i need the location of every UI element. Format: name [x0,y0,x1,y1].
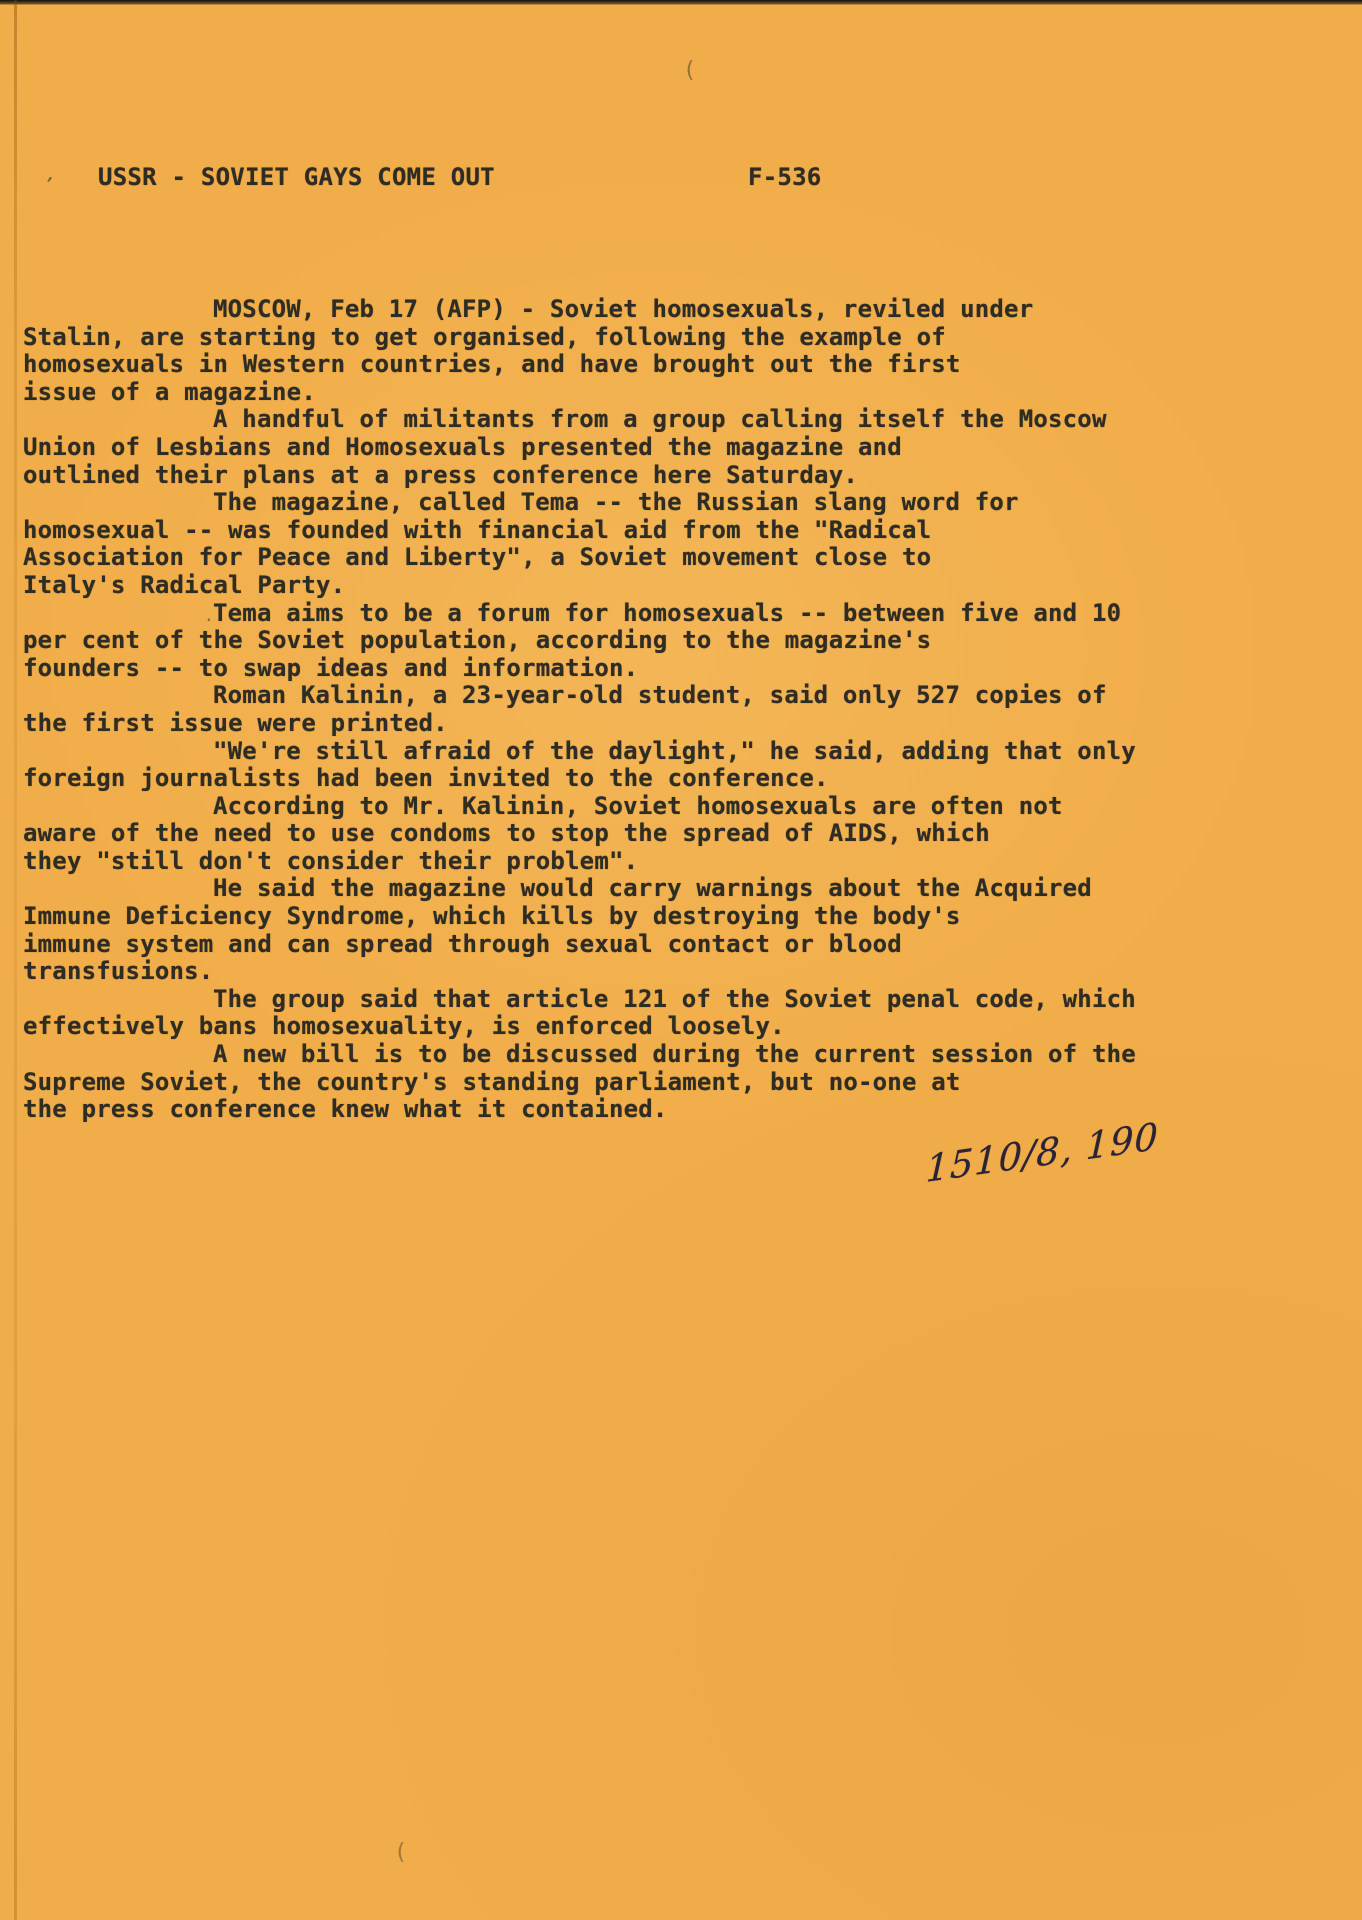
text-line: Tema aims to be a forum for homosexuals … [23,600,1263,628]
text-line: Italy's Radical Party. [23,572,1263,600]
text-line: Supreme Soviet, the country's standing p… [23,1069,1263,1097]
text-line: "We're still afraid of the daylight," he… [23,738,1263,766]
text-line: Stalin, are starting to get organised, f… [23,324,1263,352]
text-line: A new bill is to be discussed during the… [23,1041,1263,1069]
text-line: MOSCOW, Feb 17 (AFP) - Soviet homosexual… [23,296,1263,324]
text-line: foreign journalists had been invited to … [23,765,1263,793]
body-text: MOSCOW, Feb 17 (AFP) - Soviet homosexual… [23,296,1263,1124]
text-line: the press conference knew what it contai… [23,1096,1263,1124]
text-line: effectively bans homosexuality, is enfor… [23,1013,1263,1041]
text-line: Association for Peace and Liberty", a So… [23,544,1263,572]
text-line: outlined their plans at a press conferen… [23,462,1263,490]
text-line: transfusions. [23,958,1263,986]
scan-artifact: , [43,163,60,186]
text-line: issue of a magazine. [23,379,1263,407]
text-line: immune system and can spread through sex… [23,931,1263,959]
scanner-edge-strip [0,0,1362,5]
document-title: USSR - SOVIET GAYS COME OUT [98,163,495,191]
text-line: Immune Deficiency Syndrome, which kills … [23,903,1263,931]
handwritten-note: 1510/8, 190 [925,1115,1160,1191]
text-line: Roman Kalinin, a 23-year-old student, sa… [23,682,1263,710]
document-reference-number: F-536 [748,163,822,191]
text-line: The magazine, called Tema -- the Russian… [23,489,1263,517]
text-line: A handful of militants from a group call… [23,406,1263,434]
text-line: the first issue were printed. [23,710,1263,738]
text-line: Union of Lesbians and Homosexuals presen… [23,434,1263,462]
paper-edge-crease [14,0,17,1920]
text-line: homosexual -- was founded with financial… [23,517,1263,545]
text-line: aware of the need to use condoms to stop… [23,820,1263,848]
text-line: per cent of the Soviet population, accor… [23,627,1263,655]
text-line: He said the magazine would carry warning… [23,875,1263,903]
scan-artifact: ( [683,58,696,83]
text-line: they "still don't consider their problem… [23,848,1263,876]
text-line: founders -- to swap ideas and informatio… [23,655,1263,683]
scanned-document-page: , ( ( . USSR - SOVIET GAYS COME OUT F-53… [0,0,1362,1920]
scan-artifact: ( [394,1840,407,1865]
text-line: The group said that article 121 of the S… [23,986,1263,1014]
text-line: According to Mr. Kalinin, Soviet homosex… [23,793,1263,821]
text-line: homosexuals in Western countries, and ha… [23,351,1263,379]
